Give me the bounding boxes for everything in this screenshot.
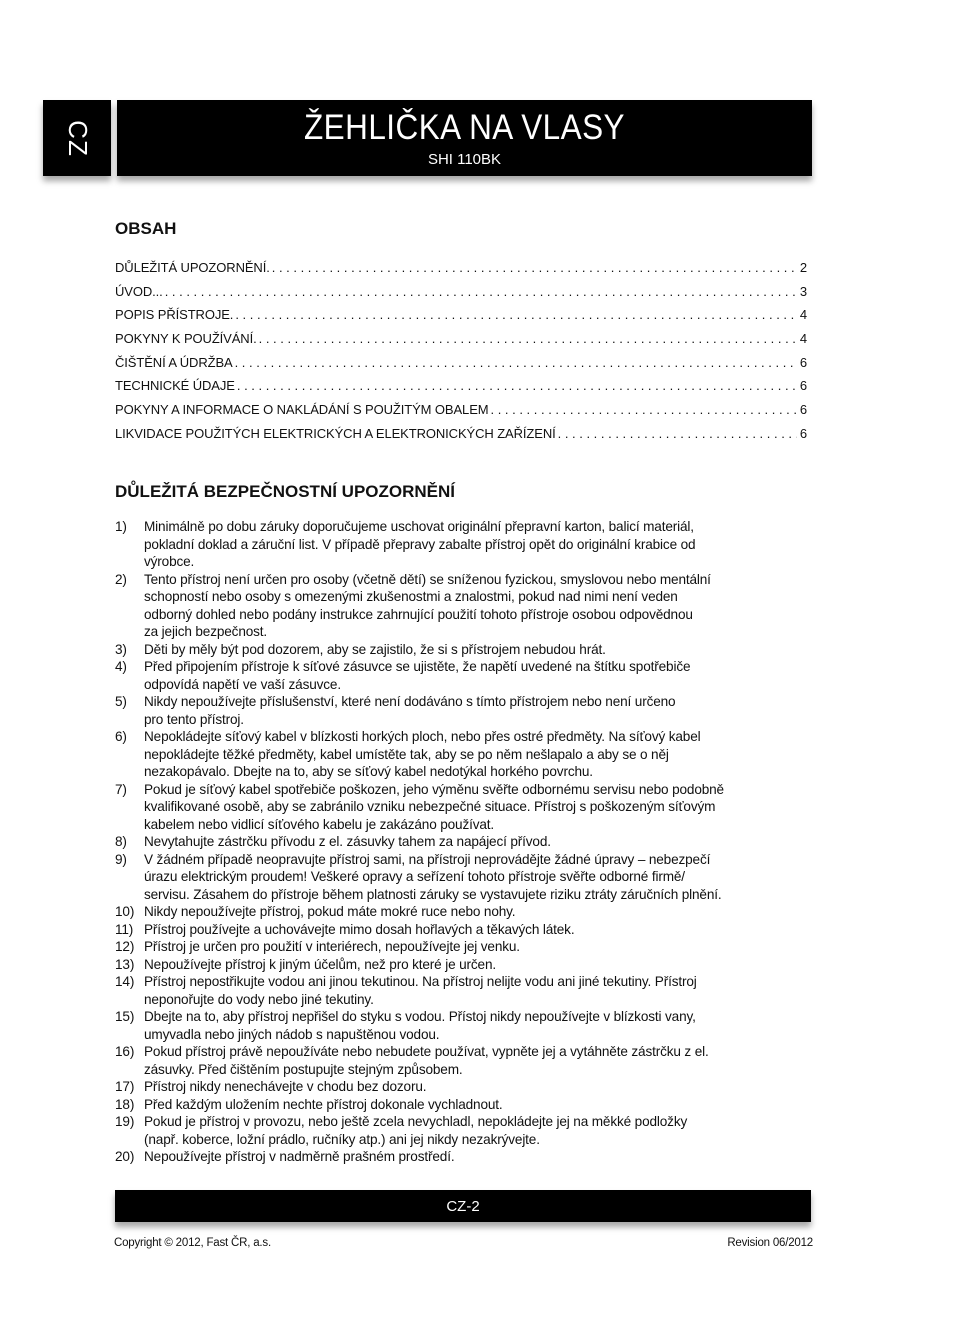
safety-item-number: 17) — [115, 1078, 144, 1096]
safety-item-line: Nepokládejte síťový kabel v blízkosti ho… — [144, 728, 815, 746]
safety-heading: DŮLEŽITÁ BEZPEČNOSTNÍ UPOZORNĚNÍ — [115, 482, 455, 502]
toc-entry-page: 4 — [800, 331, 807, 346]
safety-item-text: Nepoužívejte přístroj k jiným účelům, ne… — [144, 956, 815, 974]
safety-item: 18)Před každým uložením nechte přístroj … — [115, 1096, 815, 1114]
safety-item-line: Nikdy nepoužívejte příslušenství, které … — [144, 693, 815, 711]
safety-item: 4)Před připojením přístroje k síťové zás… — [115, 658, 815, 693]
toc-entry-label: DŮLEŽITÁ UPOZORNĚNÍ. — [115, 260, 270, 275]
safety-item: 20)Nepoužívejte přístroj v nadměrně praš… — [115, 1148, 815, 1166]
safety-item-number: 12) — [115, 938, 144, 956]
safety-item-text: Dbejte na to, aby přístroj nepřišel do s… — [144, 1008, 815, 1043]
safety-item-text: Přístroj je určen pro použití v interiér… — [144, 938, 815, 956]
safety-item-number: 10) — [115, 903, 144, 921]
safety-item: 16)Pokud přístroj právě nepoužíváte nebo… — [115, 1043, 815, 1078]
page-number: CZ-2 — [446, 1198, 479, 1215]
safety-item-line: Přístroj používejte a uchovávejte mimo d… — [144, 921, 815, 939]
toc-leader-dots: ........................................… — [259, 331, 797, 346]
toc-entry-page: 6 — [800, 378, 807, 393]
safety-item-line: kvalifikované osobě, aby se zabránilo vz… — [144, 798, 815, 816]
toc-entry-page: 6 — [800, 355, 807, 370]
safety-item-text: Nepoužívejte přístroj v nadměrně prašném… — [144, 1148, 815, 1166]
toc-leader-dots: ........................................… — [237, 378, 797, 393]
toc-entry[interactable]: LIKVIDACE POUŽITÝCH ELEKTRICKÝCH A ELEKT… — [115, 426, 807, 450]
safety-item-text: Nevytahujte zástrčku přívodu z el. zásuv… — [144, 833, 815, 851]
safety-item-text: Nikdy nepoužívejte přístroj, pokud máte … — [144, 903, 815, 921]
safety-item-text: Děti by měly být pod dozorem, aby se zaj… — [144, 641, 815, 659]
safety-item-number: 13) — [115, 956, 144, 974]
safety-item-number: 9) — [115, 851, 144, 904]
safety-item-number: 5) — [115, 693, 144, 728]
safety-item-line: (např. koberce, ložní prádlo, ručníky at… — [144, 1131, 815, 1149]
safety-item-line: Před připojením přístroje k síťové zásuv… — [144, 658, 815, 676]
language-code: CZ — [61, 120, 92, 157]
safety-item-line: umyvadla nebo jiných nádob s napuštěnou … — [144, 1026, 815, 1044]
safety-item-line: V žádném případě neopravujte přístroj sa… — [144, 851, 815, 869]
safety-item-number: 18) — [115, 1096, 144, 1114]
document-title: ŽEHLIČKA NA VLASY — [152, 108, 778, 148]
toc-leader-dots: ........................................… — [165, 284, 797, 299]
toc-entry-label: ČIŠTĚNÍ A ÚDRŽBA — [115, 355, 233, 370]
safety-item-line: Přístroj nikdy nenechávejte v chodu bez … — [144, 1078, 815, 1096]
safety-item-number: 14) — [115, 973, 144, 1008]
safety-item-number: 1) — [115, 518, 144, 571]
toc-entry-page: 6 — [800, 426, 807, 441]
safety-item: 6)Nepokládejte síťový kabel v blízkosti … — [115, 728, 815, 781]
safety-item-number: 15) — [115, 1008, 144, 1043]
safety-item-line: Před každým uložením nechte přístroj dok… — [144, 1096, 815, 1114]
safety-item: 2)Tento přístroj není určen pro osoby (v… — [115, 571, 815, 641]
safety-instructions-list: 1)Minimálně po dobu záruky doporučujeme … — [115, 518, 815, 1166]
model-number: SHI 110BK — [117, 151, 812, 169]
toc-leader-dots: ........................................… — [272, 260, 797, 275]
toc-entry-page: 2 — [800, 260, 807, 275]
safety-item-line: Přístroj nepostřikujte vodou ani jinou t… — [144, 973, 815, 991]
safety-item: 3)Děti by měly být pod dozorem, aby se z… — [115, 641, 815, 659]
toc-entry[interactable]: TECHNICKÉ ÚDAJE.........................… — [115, 378, 807, 402]
toc-entry-page: 4 — [800, 307, 807, 322]
toc-entry-label: TECHNICKÉ ÚDAJE — [115, 378, 235, 393]
toc-entry[interactable]: ČIŠTĚNÍ A ÚDRŽBA........................… — [115, 355, 807, 379]
toc-entry-page: 6 — [800, 402, 807, 417]
safety-item-line: výrobce. — [144, 553, 815, 571]
safety-item-text: Minimálně po dobu záruky doporučujeme us… — [144, 518, 815, 571]
safety-item-line: Nepoužívejte přístroj k jiným účelům, ne… — [144, 956, 815, 974]
safety-item-line: odpovídá napětí ve vaší zásuvce. — [144, 676, 815, 694]
safety-item-text: Pokud je přístroj v provozu, nebo ještě … — [144, 1113, 815, 1148]
document-header: ŽEHLIČKA NA VLASY SHI 110BK — [117, 100, 812, 176]
safety-item-line: pokladní doklad a záruční list. V případ… — [144, 536, 815, 554]
toc-heading: OBSAH — [115, 219, 176, 239]
safety-item-line: zásuvky. Před čištěním postupujte stejný… — [144, 1061, 815, 1079]
toc-entry-page: 3 — [800, 284, 807, 299]
table-of-contents: DŮLEŽITÁ UPOZORNĚNÍ.....................… — [115, 260, 807, 450]
safety-item-line: Nikdy nepoužívejte přístroj, pokud máte … — [144, 903, 815, 921]
safety-item: 9)V žádném případě neopravujte přístroj … — [115, 851, 815, 904]
safety-item-number: 7) — [115, 781, 144, 834]
safety-item-line: pro tento přístroj. — [144, 711, 815, 729]
safety-item: 1)Minimálně po dobu záruky doporučujeme … — [115, 518, 815, 571]
toc-entry[interactable]: DŮLEŽITÁ UPOZORNĚNÍ.....................… — [115, 260, 807, 284]
safety-item-text: Přístroj nepostřikujte vodou ani jinou t… — [144, 973, 815, 1008]
safety-item: 14)Přístroj nepostřikujte vodou ani jino… — [115, 973, 815, 1008]
safety-item: 5)Nikdy nepoužívejte příslušenství, kter… — [115, 693, 815, 728]
copyright-notice: Copyright © 2012, Fast ČR, a.s. — [114, 1237, 271, 1249]
safety-item: 12)Přístroj je určen pro použití v inter… — [115, 938, 815, 956]
safety-item-line: odborný dohled nebo podány instrukce zah… — [144, 606, 815, 624]
language-tab: CZ — [43, 100, 111, 176]
safety-item-number: 16) — [115, 1043, 144, 1078]
safety-item: 13)Nepoužívejte přístroj k jiným účelům,… — [115, 956, 815, 974]
safety-item: 19)Pokud je přístroj v provozu, nebo ješ… — [115, 1113, 815, 1148]
safety-item-number: 19) — [115, 1113, 144, 1148]
safety-item-line: Pokud je síťový kabel spotřebiče poškoze… — [144, 781, 815, 799]
safety-item: 17)Přístroj nikdy nenechávejte v chodu b… — [115, 1078, 815, 1096]
toc-leader-dots: ........................................… — [235, 307, 797, 322]
safety-item-number: 11) — [115, 921, 144, 939]
safety-item-line: Pokud přístroj právě nepoužíváte nebo ne… — [144, 1043, 815, 1061]
safety-item-text: Přístroj používejte a uchovávejte mimo d… — [144, 921, 815, 939]
safety-item-line: servisu. Zásahem do přístroje během plat… — [144, 886, 815, 904]
safety-item-number: 8) — [115, 833, 144, 851]
toc-entry-label: POPIS PŘÍSTROJE. — [115, 307, 233, 322]
safety-item-line: Tento přístroj není určen pro osoby (vče… — [144, 571, 815, 589]
toc-entry[interactable]: ÚVOD....................................… — [115, 284, 807, 308]
toc-entry-label: POKYNY K POUŽÍVÁNÍ. — [115, 331, 257, 346]
safety-item-number: 3) — [115, 641, 144, 659]
safety-item: 11)Přístroj používejte a uchovávejte mim… — [115, 921, 815, 939]
toc-entry-label: ÚVOD... — [115, 284, 163, 299]
safety-item-line: kabelem nebo vidlicí síťového kabelu je … — [144, 816, 815, 834]
safety-item-line: Nevytahujte zástrčku přívodu z el. zásuv… — [144, 833, 815, 851]
safety-item-text: Před připojením přístroje k síťové zásuv… — [144, 658, 815, 693]
toc-leader-dots: ........................................… — [235, 355, 797, 370]
safety-item-line: za jejich bezpečnost. — [144, 623, 815, 641]
safety-item: 7)Pokud je síťový kabel spotřebiče poško… — [115, 781, 815, 834]
safety-item-line: neponořujte do vody nebo jiné tekutiny. — [144, 991, 815, 1009]
safety-item-text: Pokud přístroj právě nepoužíváte nebo ne… — [144, 1043, 815, 1078]
safety-item-line: Přístroj je určen pro použití v interiér… — [144, 938, 815, 956]
safety-item-number: 4) — [115, 658, 144, 693]
toc-entry[interactable]: POKYNY K POUŽÍVÁNÍ......................… — [115, 331, 807, 355]
safety-item: 8)Nevytahujte zástrčku přívodu z el. zás… — [115, 833, 815, 851]
safety-item-text: Nikdy nepoužívejte příslušenství, které … — [144, 693, 815, 728]
safety-item-line: úrazu elektrickým proudem! Veškeré oprav… — [144, 868, 815, 886]
safety-item-line: Děti by měly být pod dozorem, aby se zaj… — [144, 641, 815, 659]
toc-leader-dots: ........................................… — [491, 402, 797, 417]
safety-item-text: Tento přístroj není určen pro osoby (vče… — [144, 571, 815, 641]
safety-item-line: Pokud je přístroj v provozu, nebo ještě … — [144, 1113, 815, 1131]
safety-item-line: schopností nebo osoby s omezenými zkušen… — [144, 588, 815, 606]
safety-item-text: Přístroj nikdy nenechávejte v chodu bez … — [144, 1078, 815, 1096]
toc-entry-label: POKYNY A INFORMACE O NAKLÁDÁNÍ S POUŽITÝ… — [115, 402, 489, 417]
toc-entry-label: LIKVIDACE POUŽITÝCH ELEKTRICKÝCH A ELEKT… — [115, 426, 556, 441]
safety-item-line: Minimálně po dobu záruky doporučujeme us… — [144, 518, 815, 536]
safety-item-text: Před každým uložením nechte přístroj dok… — [144, 1096, 815, 1114]
safety-item-number: 2) — [115, 571, 144, 641]
revision-label: Revision 06/2012 — [727, 1237, 813, 1249]
page-footer-bar: CZ-2 — [115, 1190, 811, 1222]
safety-item: 10)Nikdy nepoužívejte přístroj, pokud má… — [115, 903, 815, 921]
safety-item-number: 6) — [115, 728, 144, 781]
safety-item-text: Nepokládejte síťový kabel v blízkosti ho… — [144, 728, 815, 781]
safety-item-text: Pokud je síťový kabel spotřebiče poškoze… — [144, 781, 815, 834]
safety-item-line: nezakopávalo. Dbejte na to, aby se síťov… — [144, 763, 815, 781]
safety-item-line: nepokládejte těžké předměty, kabel umíst… — [144, 746, 815, 764]
safety-item-text: V žádném případě neopravujte přístroj sa… — [144, 851, 815, 904]
toc-leader-dots: ........................................… — [558, 426, 797, 441]
toc-entry[interactable]: POKYNY A INFORMACE O NAKLÁDÁNÍ S POUŽITÝ… — [115, 402, 807, 426]
toc-entry[interactable]: POPIS PŘÍSTROJE.........................… — [115, 307, 807, 331]
safety-item: 15)Dbejte na to, aby přístroj nepřišel d… — [115, 1008, 815, 1043]
safety-item-line: Nepoužívejte přístroj v nadměrně prašném… — [144, 1148, 815, 1166]
safety-item-number: 20) — [115, 1148, 144, 1166]
safety-item-line: Dbejte na to, aby přístroj nepřišel do s… — [144, 1008, 815, 1026]
